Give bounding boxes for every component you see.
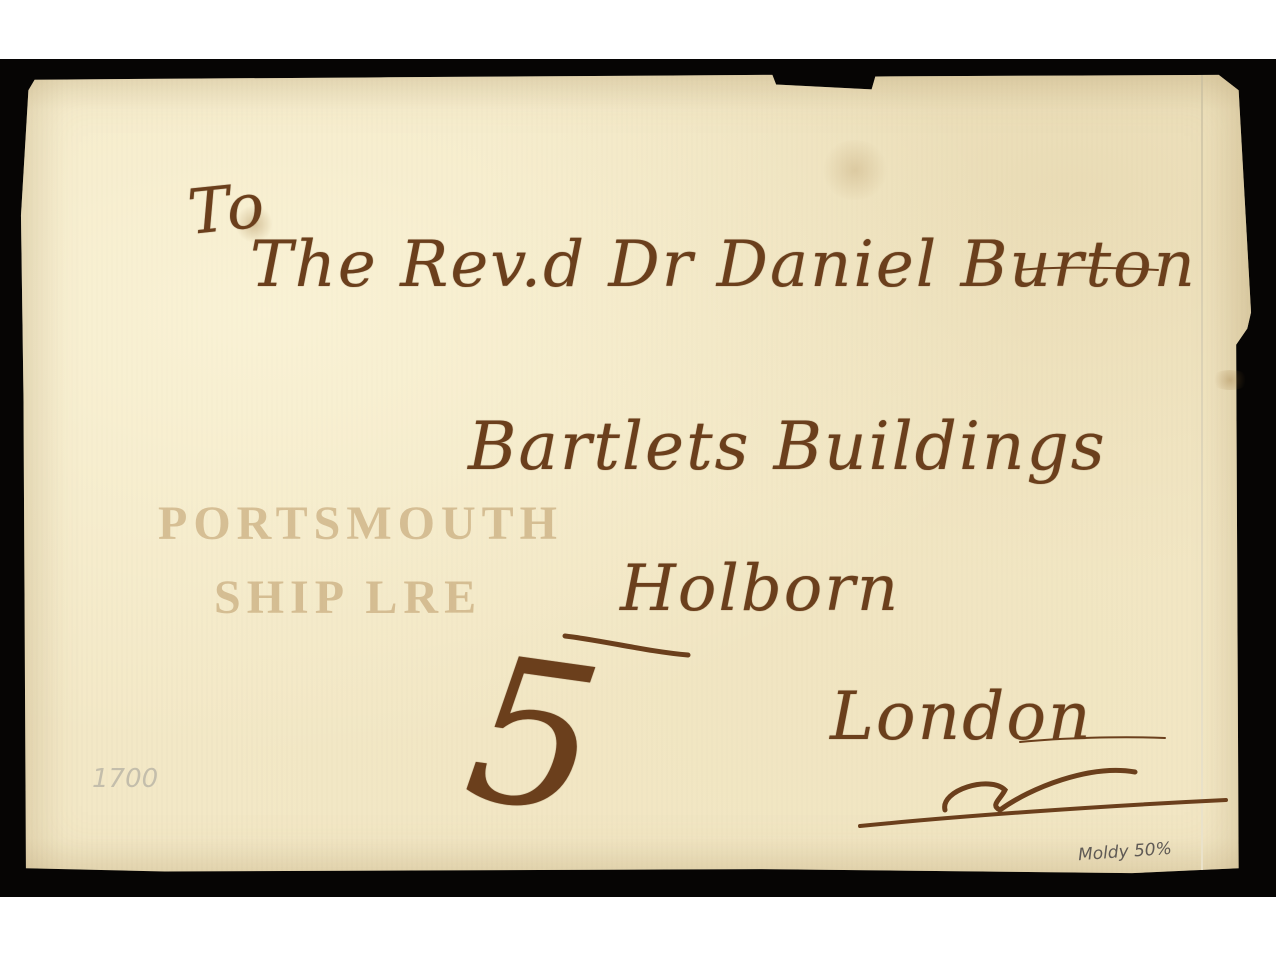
pencil-date-note: 1700 — [92, 764, 158, 794]
name-underline-flourish — [0, 0, 1276, 956]
